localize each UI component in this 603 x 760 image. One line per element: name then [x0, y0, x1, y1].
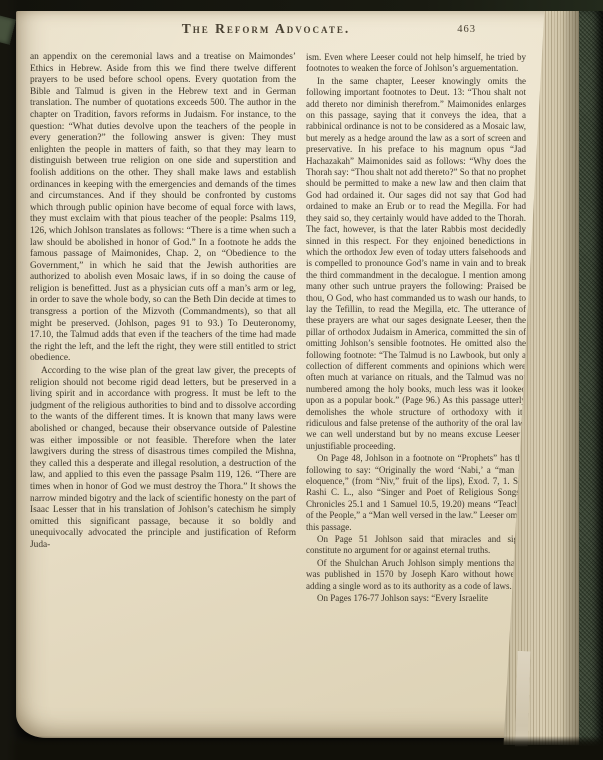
- paragraph: According to the wise plan of the great …: [30, 366, 296, 552]
- book-scan: The Reform Advocate. 463 an appendix on …: [0, 0, 603, 760]
- page-number: 463: [457, 24, 476, 35]
- text-column-left: an appendix on the ceremonial laws and a…: [30, 52, 296, 724]
- book-page: The Reform Advocate. 463 an appendix on …: [16, 11, 560, 738]
- paragraph: On Page 51 Johlson said that miracles an…: [306, 534, 526, 557]
- paragraph: In the same chapter, Leeser knowingly om…: [306, 76, 526, 452]
- text-columns: an appendix on the ceremonial laws and a…: [30, 52, 526, 724]
- scan-left-shadow: [0, 0, 18, 760]
- scan-bottom-shadow: [0, 736, 603, 760]
- scan-top-shadow: [0, 0, 603, 11]
- text-column-right: ism. Even where Leeser could not help hi…: [306, 52, 526, 724]
- paragraph: On Pages 176-77 Johlson says: “Every Isr…: [306, 593, 526, 604]
- page-header-title: The Reform Advocate.: [30, 21, 514, 37]
- paragraph: an appendix on the ceremonial laws and a…: [30, 52, 296, 365]
- paragraph: Of the Shulchan Aruch Johlson simply men…: [306, 558, 526, 592]
- paragraph: ism. Even where Leeser could not help hi…: [306, 52, 526, 75]
- paragraph: On Page 48, Johlson in a footnote on “Pr…: [306, 453, 526, 533]
- page-content: The Reform Advocate. 463 an appendix on …: [30, 20, 526, 724]
- running-head: The Reform Advocate. 463: [30, 21, 526, 45]
